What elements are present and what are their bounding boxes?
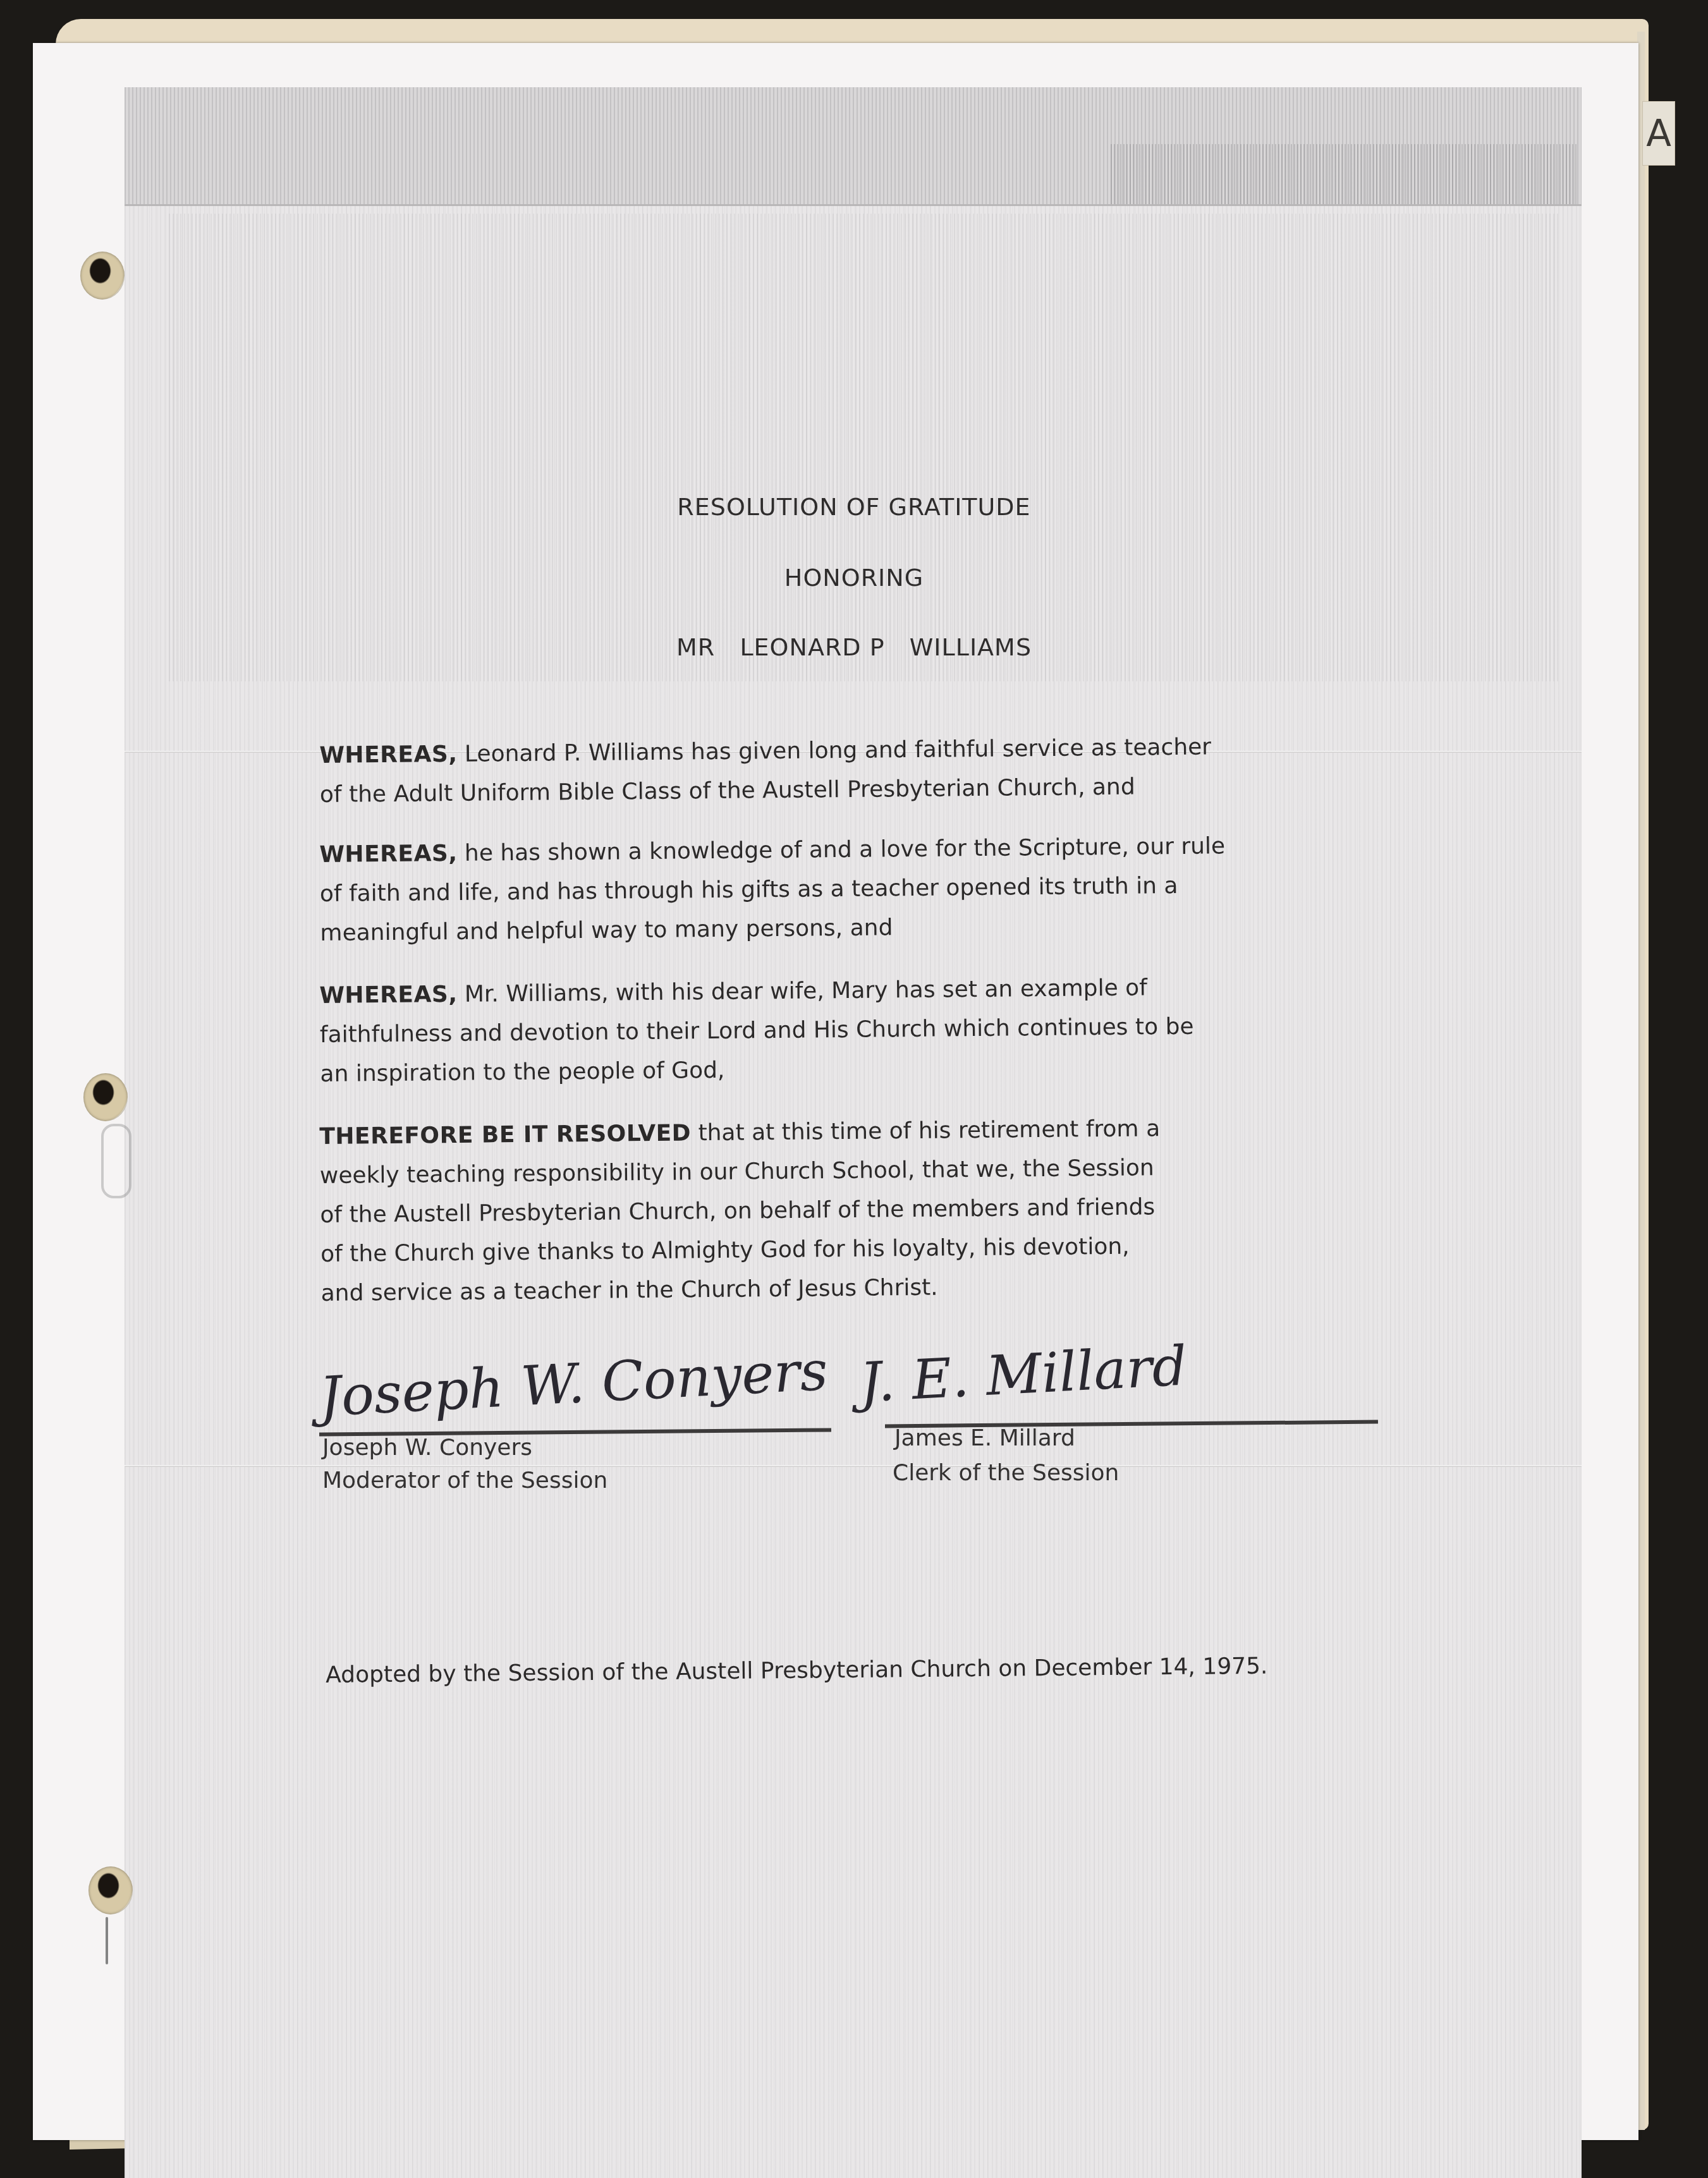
- paragraph-lead: WHEREAS,: [319, 841, 458, 868]
- document-subtitle: HONORING: [0, 564, 1708, 592]
- photocopy-shadow: [169, 214, 1559, 681]
- paragraph-line: an inspiration to the people of God,: [320, 1057, 724, 1087]
- paragraph-line: he has shown a knowledge of and a love f…: [465, 833, 1226, 867]
- paragraph-line: and service as a teacher in the Church o…: [320, 1275, 937, 1306]
- signer-title: Moderator of the Session: [322, 1468, 607, 1494]
- paragraph-line: Mr. Williams, with his dear wife, Mary h…: [465, 975, 1147, 1007]
- paragraph-line: of the Austell Presbyterian Church, on b…: [320, 1194, 1155, 1228]
- whereas-paragraph-2: WHEREAS, he has shown a knowledge of and…: [319, 825, 1357, 953]
- paragraph-line: of faith and life, and has through his g…: [320, 873, 1178, 907]
- divider-tab: A: [1642, 101, 1675, 166]
- paragraph-line: Leonard P. Williams has given long and f…: [465, 734, 1212, 767]
- fold-crease: [125, 1465, 1582, 1467]
- paragraph-line: meaningful and helpful way to many perso…: [320, 915, 893, 946]
- paragraph-line: that at this time of his retirement from…: [698, 1116, 1160, 1146]
- paragraph-line: weekly teaching responsibility in our Ch…: [320, 1155, 1154, 1189]
- resolution-paragraph: THEREFORE BE IT RESOLVED that at this ti…: [319, 1107, 1358, 1313]
- signer-name: James E. Millard: [894, 1425, 1075, 1451]
- punch-hole-mark: [101, 1124, 131, 1198]
- punch-hole: [83, 1073, 128, 1121]
- paragraph-line: faithfulness and devotion to their Lord …: [320, 1014, 1194, 1048]
- paragraph-line: of the Adult Uniform Bible Class of the …: [320, 774, 1135, 808]
- paragraph-line: of the Church give thanks to Almighty Go…: [320, 1234, 1130, 1267]
- photocopy-artifact: [1111, 144, 1578, 204]
- paragraph-lead: THEREFORE BE IT RESOLVED: [319, 1120, 691, 1150]
- signer-title: Clerk of the Session: [893, 1460, 1119, 1486]
- paragraph-lead: WHEREAS,: [319, 982, 458, 1009]
- punch-hole-mark: [106, 1917, 108, 1964]
- signer-name: Joseph W. Conyers: [322, 1435, 532, 1461]
- document-page: [33, 43, 1638, 2140]
- honoree-name: MR LEONARD P WILLIAMS: [0, 633, 1708, 661]
- whereas-paragraph-3: WHEREAS, Mr. Williams, with his dear wif…: [319, 966, 1357, 1094]
- paragraph-lead: WHEREAS,: [319, 741, 458, 769]
- whereas-paragraph-1: WHEREAS, Leonard P. Williams has given l…: [319, 726, 1357, 815]
- punch-hole: [88, 1866, 133, 1914]
- punch-hole: [80, 252, 125, 300]
- document-title: RESOLUTION OF GRATITUDE: [0, 493, 1708, 521]
